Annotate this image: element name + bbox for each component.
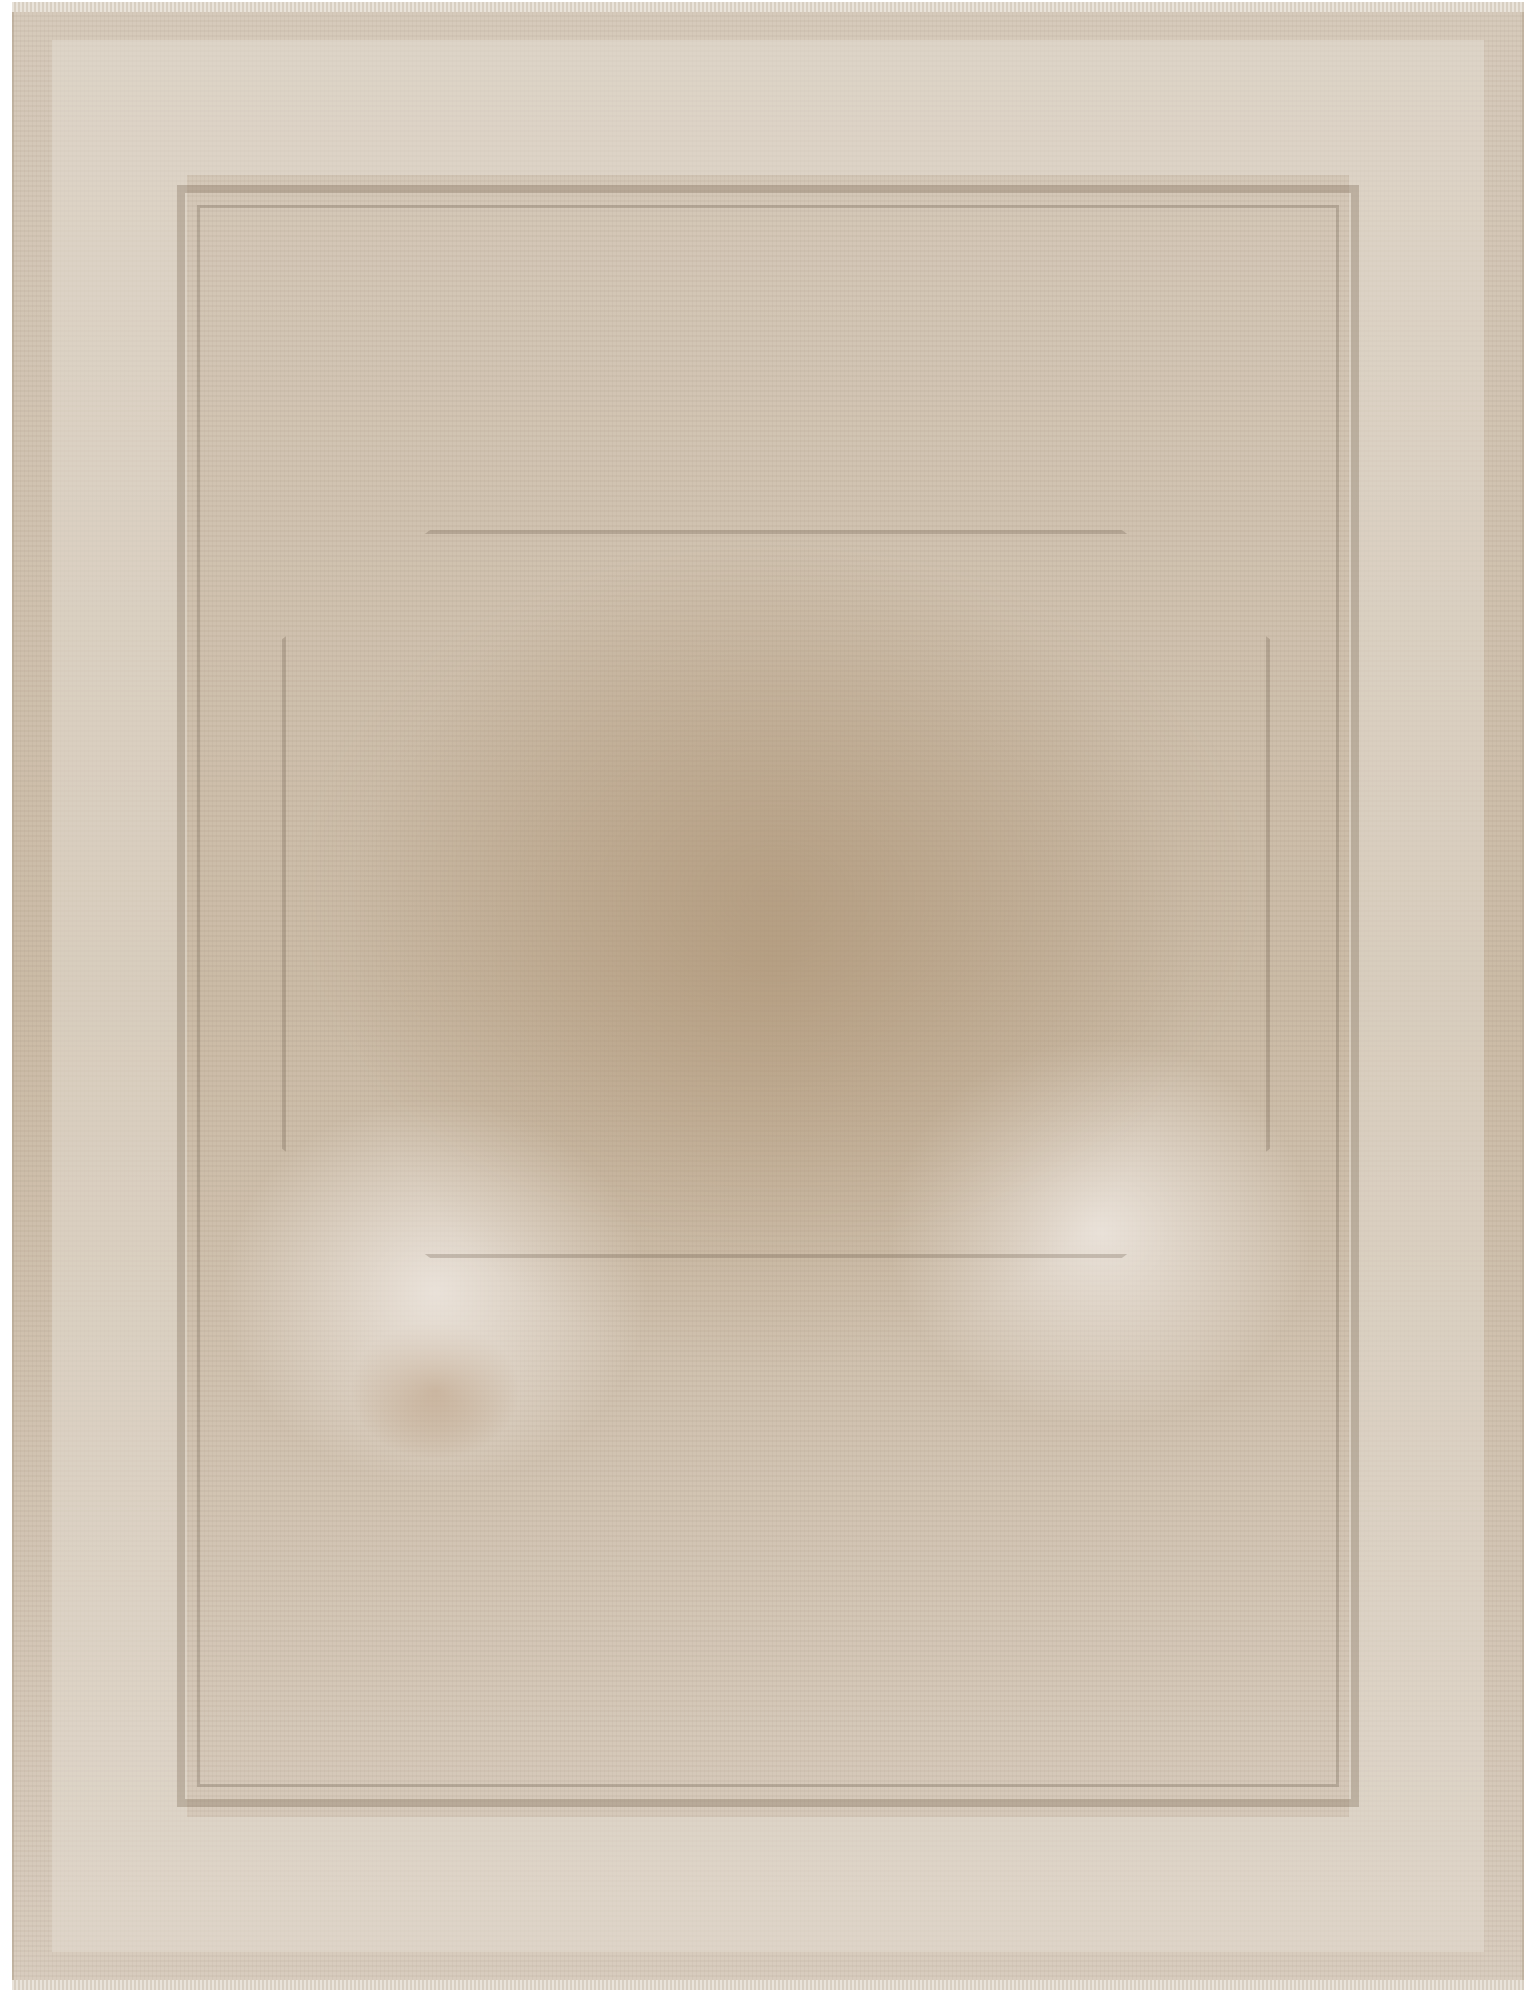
- rug-photo: [12, 10, 1524, 1982]
- rug-central-medallion: [282, 530, 1270, 1258]
- rug-bottom-fringe: [12, 1980, 1524, 1990]
- rug-top-fringe: [12, 2, 1524, 12]
